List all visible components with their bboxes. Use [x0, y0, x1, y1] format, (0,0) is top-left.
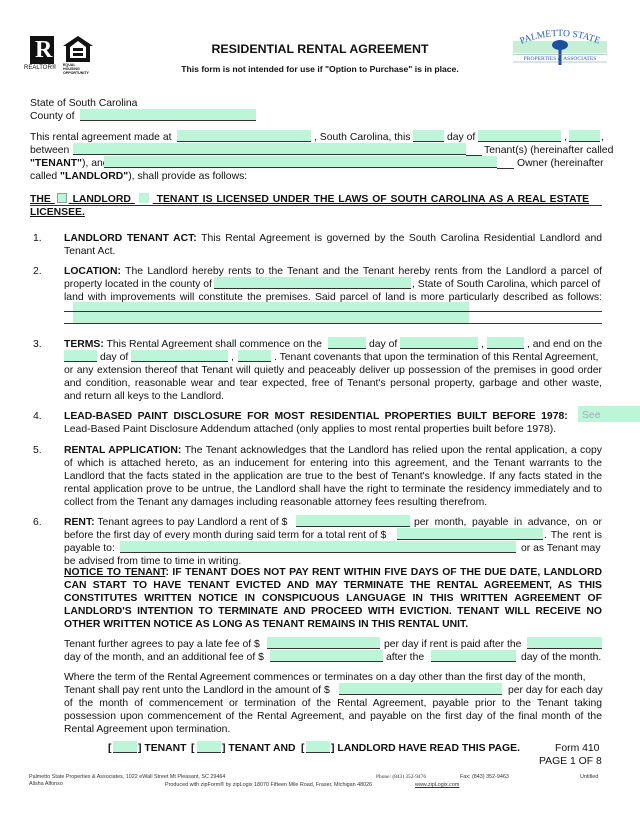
- footer-fax: Fax: (843) 352-9463: [460, 774, 509, 781]
- late-fee-field[interactable]: [267, 637, 380, 649]
- end-day-field[interactable]: [64, 350, 97, 362]
- section-5-line-4: rental application prove to be untrue, t…: [64, 483, 602, 496]
- notice-line-1: NOTICE TO TENANT: IF TENANT DOES NOT PAY…: [64, 566, 602, 579]
- section-5-line-2: of which is attached hereto, as an induc…: [64, 457, 602, 470]
- section-6-line-2b: . The rent is: [544, 529, 602, 542]
- prorate-line-3: of the month of commencement or terminat…: [64, 697, 602, 710]
- footer-company: Palmetto State Properties & Associates, …: [29, 774, 225, 781]
- late-after-day-field[interactable]: [527, 637, 602, 649]
- section-2-number: 2.: [33, 265, 42, 278]
- section-6-line-1a: RENT: Tenant agrees to pay Landlord a re…: [64, 516, 287, 529]
- start-day-field[interactable]: [328, 337, 366, 349]
- tenant-1-initials-label: ] TENANT: [138, 742, 186, 755]
- additional-fee-field[interactable]: [270, 650, 383, 662]
- tenant-1-initials-field[interactable]: [113, 741, 137, 753]
- licensee-line-2: LICENSEE.: [30, 206, 85, 219]
- agreement-month-field[interactable]: [478, 130, 561, 142]
- prorate-line-2a: Tenant shall pay rent unto the Landlord …: [64, 684, 330, 697]
- prorate-line-2b: per day for each day: [508, 684, 602, 697]
- agreement-day-field[interactable]: [413, 130, 444, 142]
- section-1-number: 1.: [33, 232, 42, 245]
- section-4-number: 4.: [33, 410, 42, 423]
- late-fee-line-2c: day of the month.: [521, 651, 601, 664]
- section-3-line-5: and return all keys to the Landlord.: [64, 390, 224, 403]
- section-3-line-4: and condition, reasonable wear and tear …: [64, 377, 602, 390]
- between-label: between: [30, 144, 69, 157]
- prorate-line-4: possession upon commencement of the Rent…: [64, 710, 602, 723]
- day-of-label: day of: [100, 351, 128, 364]
- prorate-amount-field[interactable]: [339, 683, 502, 695]
- lead-paint-field[interactable]: See: [578, 406, 640, 422]
- landlord-licensee-checkbox[interactable]: [57, 193, 67, 203]
- section-6-line-3a: payable to:: [64, 542, 115, 555]
- section-3-number: 3.: [33, 338, 42, 351]
- footer-phone: Phone: (843) 352-9476: [376, 774, 426, 781]
- day-of-label: day of: [369, 338, 397, 351]
- svg-text:PROPERTIES & ASSOCIATES: PROPERTIES & ASSOCIATES: [524, 56, 597, 62]
- section-3-line-1c: , and end on the: [527, 338, 602, 351]
- late-fee-line-1a: Tenant further agrees to pay a late fee …: [64, 638, 260, 651]
- end-month-field[interactable]: [131, 350, 228, 362]
- tenant-names-field[interactable]: [73, 143, 466, 155]
- late-fee-line-2a: day of the month, and an additional fee …: [64, 651, 264, 664]
- section-5-number: 5.: [33, 444, 42, 457]
- payable-to-field[interactable]: [120, 541, 516, 553]
- tenant-2-initials-field[interactable]: [197, 741, 221, 753]
- footer-agent: Alisha Alfonso: [29, 781, 63, 788]
- section-2-line-2a: property located in the county of: [64, 278, 212, 291]
- county-field[interactable]: [80, 109, 256, 121]
- owner-suffix: Owner (hereinafter: [517, 157, 604, 170]
- end-year-field[interactable]: [238, 350, 271, 362]
- section-3-line-3: or any extension thereof that Tenant wil…: [64, 364, 602, 377]
- notice-line-3: CONSTITUTES WRITTEN NOTICE IN CONSPICUOU…: [64, 592, 602, 605]
- initials-bracket: [: [191, 742, 194, 755]
- section-4-heading: LEAD-BASED PAINT DISCLOSURE FOR MOST RES…: [64, 410, 568, 423]
- footer-produced-by: Produced with zipForm® by zipLogix 18070…: [165, 782, 372, 789]
- section-5-line-5: collect from the Tenant any damages incl…: [64, 496, 487, 509]
- property-description-field[interactable]: [73, 302, 469, 323]
- form-number: Form 410: [555, 742, 599, 755]
- footer-website-link[interactable]: www.zipLogix.com: [415, 782, 459, 789]
- monthly-rent-field[interactable]: [296, 515, 410, 527]
- tenant-licensee-checkbox[interactable]: [139, 193, 149, 203]
- tenant-2-initials-label: ] TENANT AND: [222, 742, 296, 755]
- prorate-line-5: Rental Agreement upon termination.: [64, 723, 230, 736]
- start-year-field[interactable]: [487, 337, 524, 349]
- page-number: PAGE 1 OF 8: [539, 755, 602, 768]
- comma: ,: [231, 351, 234, 364]
- palmetto-state-logo: PALMETTO STATE PROPERTIES & ASSOCIATES: [510, 27, 610, 69]
- county-label: County of: [30, 110, 74, 123]
- landlord-initials-label: ] LANDLORD HAVE READ THIS PAGE.: [331, 742, 520, 755]
- owner-name-field[interactable]: [104, 156, 497, 168]
- late-fee-line-2b: after the: [386, 651, 424, 664]
- section-3-line-2b: . Tenant covenants that upon the termina…: [274, 351, 598, 364]
- comma: ,: [564, 131, 567, 144]
- section-5-line-1: RENTAL APPLICATION: The Tenant acknowled…: [64, 444, 602, 457]
- section-1-line-2: Tenant Act.: [64, 245, 115, 258]
- property-county-field[interactable]: [214, 277, 411, 289]
- section-6-line-3b: or as Tenant may: [521, 542, 601, 555]
- agreement-year-field[interactable]: [569, 130, 600, 142]
- comma: ,: [481, 338, 484, 351]
- total-rent-field[interactable]: [397, 528, 543, 540]
- prorate-line-1: Where the term of the Rental Agreement c…: [64, 671, 586, 684]
- initials-bracket: [: [108, 742, 111, 755]
- section-4-line-2: Lead-Based Paint Disclosure Addendum att…: [64, 423, 556, 436]
- notice-line-4: LANDLORD'S INTENTION TO TERMINATE AND PR…: [64, 605, 602, 618]
- comma: ,: [601, 131, 604, 144]
- section-5-line-3: Landlord that the facts stated in the ap…: [64, 470, 602, 483]
- notice-line-5: OTHER WRITTEN NOTICE AS LONG AS TENANT R…: [64, 618, 468, 631]
- initials-bracket: [: [301, 742, 304, 755]
- section-1-line-1: LANDLORD TENANT ACT: This Rental Agreeme…: [64, 232, 602, 245]
- made-at-field[interactable]: [177, 130, 311, 142]
- landlord-initials-field[interactable]: [306, 741, 330, 753]
- landlord-called-line: called "LANDLORD"), shall provide as fol…: [30, 170, 247, 183]
- notice-line-2: CAN START TO HAVE TENANT EVICTED AND MAY…: [64, 579, 602, 592]
- footer-document-name: Untitled: [580, 774, 598, 781]
- tenant-suffix: Tenant(s) (hereinafter called: [484, 144, 613, 157]
- section-2-line-2b: , State of South Carolina, which parcel …: [412, 278, 600, 291]
- additional-after-day-field[interactable]: [431, 650, 516, 662]
- section-6-number: 6.: [33, 516, 42, 529]
- start-month-field[interactable]: [400, 337, 478, 349]
- tenant-called-line: "TENANT"), and: [30, 157, 109, 170]
